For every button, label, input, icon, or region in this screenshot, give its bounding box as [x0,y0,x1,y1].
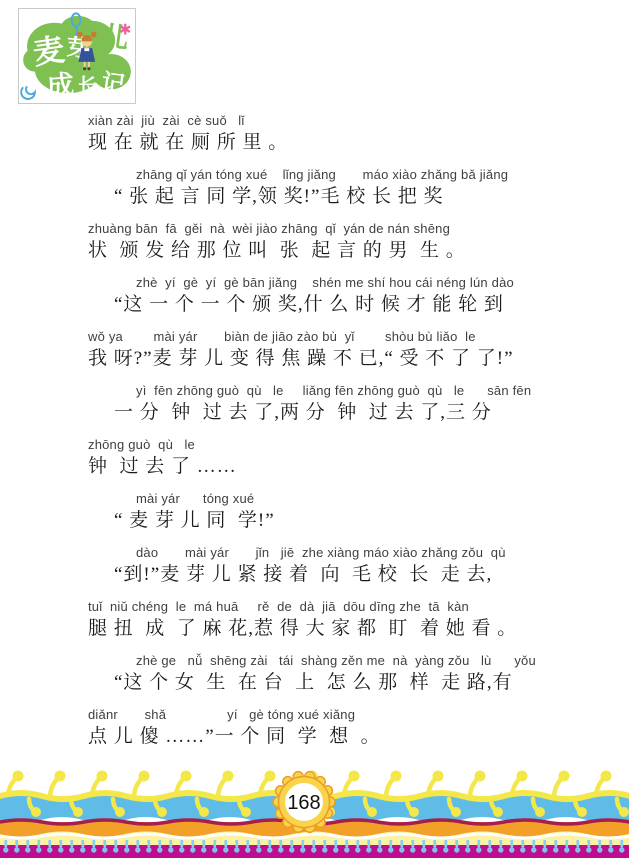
pinyin-line: xiàn zài jiù zài cè suǒ lǐ [88,112,558,129]
hanzi-line: 腿 扭 成 了 麻 花,惹 得 大 家 都 盯 着 她 看 。 [88,617,558,641]
logo-graphic: 麦 芽 儿 ✱ 成 长 记 [19,9,135,103]
logo-char-zhang: 长 [78,75,98,97]
hanzi-line: 一 分 钟 过 去 了,两 分 钟 过 去 了,三 分 [88,401,558,425]
pinyin-line: mài yár tóng xué [88,490,558,507]
text-line-pair: zhè ge nǚ shēng zài tái shàng zěn me nà … [88,652,558,695]
text-line-pair: tuǐ niǔ chéng le má huā rě de dà jiā dōu… [88,598,558,641]
page-number: 168 [287,792,320,814]
pinyin-line: zhuàng bān fā gěi nà wèi jiào zhāng qǐ y… [88,220,558,237]
text-line-pair: diǎnr shǎ yí gè tóng xué xiǎng 点 儿 傻 ……”… [88,706,558,749]
pinyin-line: diǎnr shǎ yí gè tóng xué xiǎng [88,706,558,723]
logo-box: 麦 芽 儿 ✱ 成 长 记 [18,8,136,104]
pinyin-line: yì fēn zhōng guò qù le liǎng fēn zhōng g… [88,382,558,399]
pinyin-line: zhāng qǐ yán tóng xué lǐng jiǎng máo xià… [88,166,558,183]
badge-graphic: 168 [271,769,337,835]
text-line-pair: dào mài yár jǐn jiē zhe xiàng máo xiào z… [88,544,558,587]
pinyin-line: tuǐ niǔ chéng le má huā rě de dà jiā dōu… [88,598,558,615]
text-line-pair: yì fēn zhōng guò qù le liǎng fēn zhōng g… [88,382,558,425]
text-line-pair: xiàn zài jiù zài cè suǒ lǐ 现 在 就 在 厕 所 里… [88,112,558,155]
hanzi-line: “到!”麦 芽 儿 紧 接 着 向 毛 校 长 走 去, [88,563,558,587]
text-line-pair: zhè yí gè yí gè bān jiǎng shén me shí ho… [88,274,558,317]
fringe-teeth [0,840,629,856]
hanzi-line: “ 麦 芽 儿 同 学!” [88,509,558,533]
hanzi-line: 我 呀?”麦 芽 儿 变 得 焦 躁 不 已,“ 受 不 了 了!” [88,347,558,371]
pinyin-line: dào mài yár jǐn jiē zhe xiàng máo xiào z… [88,544,558,561]
text-line-pair: mài yár tóng xué “ 麦 芽 儿 同 学!” [88,490,558,533]
asterisk-icon: ✱ [119,22,131,38]
text-line-pair: zhuàng bān fā gěi nà wèi jiào zhāng qǐ y… [88,220,558,263]
hanzi-line: “这 一 个 一 个 颁 奖,什 么 时 候 才 能 轮 到 [88,293,558,317]
hanzi-line: “ 张 起 言 同 学,领 奖!”毛 校 长 把 奖 [88,185,558,209]
spiral-icon [21,86,35,99]
hanzi-line: 现 在 就 在 厕 所 里 。 [88,131,558,155]
hanzi-line: “这 个 女 生 在 台 上 怎 么 那 样 走 路,有 [88,671,558,695]
text-line-pair: zhāng qǐ yán tóng xué lǐng jiǎng máo xià… [88,166,558,209]
pinyin-line: zhè ge nǚ shēng zài tái shàng zěn me nà … [88,652,558,669]
text-line-pair: wǒ ya mài yár biàn de jiāo zào bù yǐ shò… [88,328,558,371]
logo-char-ji: 记 [100,69,128,99]
hanzi-line: 点 儿 傻 ……”一 个 同 学 想 。 [88,725,558,749]
hanzi-line: 状 颁 发 给 那 位 叫 张 起 言 的 男 生 。 [88,239,558,263]
pinyin-line: zhè yí gè yí gè bān jiǎng shén me shí ho… [88,274,558,291]
text-line-pair: zhōng guò qù le 钟 过 去 了 …… [88,436,558,479]
page-number-badge: 168 [271,769,337,835]
logo-char-mai: 麦 [31,32,67,71]
pinyin-line: zhōng guò qù le [88,436,558,453]
story-text: xiàn zài jiù zài cè suǒ lǐ 现 在 就 在 厕 所 里… [88,112,558,760]
pinyin-line: wǒ ya mài yár biàn de jiāo zào bù yǐ shò… [88,328,558,345]
hanzi-line: 钟 过 去 了 …… [88,455,558,479]
logo-char-cheng: 成 [46,70,76,102]
